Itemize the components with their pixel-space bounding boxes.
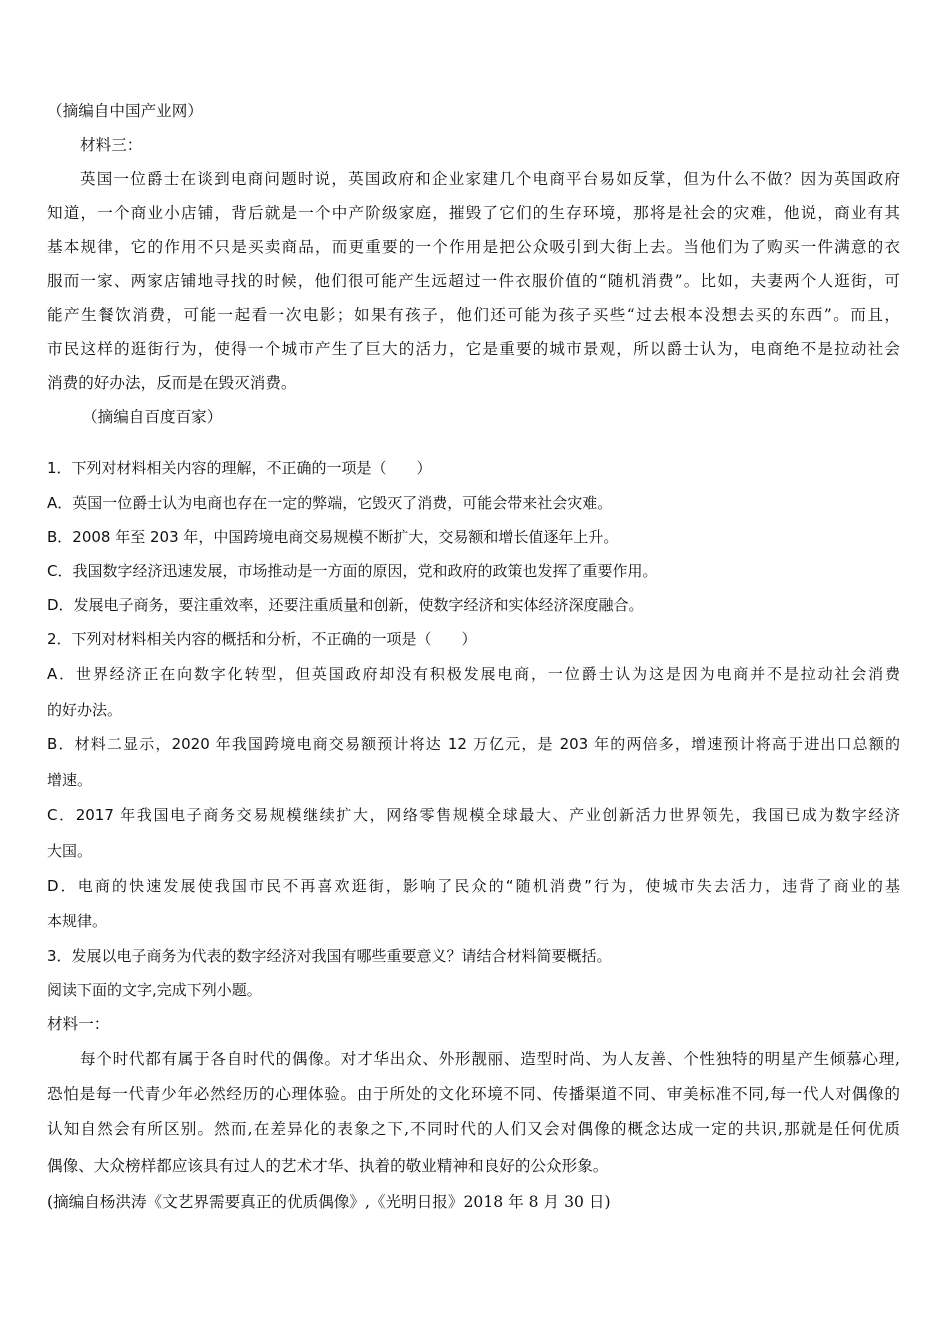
material3-paragraph-line: 服而一家、两家店铺地寻找的时候，他们很可能产生远超过一件衣服价值的“随机消费”。… — [47, 271, 900, 291]
question-1-option-d: D．发展电子商务，要注重效率，还要注重质量和创新，使数字经济和实体经济深度融合。 — [47, 595, 900, 615]
material3-paragraph-line: 消费的好办法，反而是在毁灭消费。 — [47, 373, 900, 393]
material3-paragraph-line: 市民这样的逛街行为，使得一个城市产生了巨大的活力，它是重要的城市景观，所以爵士认… — [47, 339, 900, 359]
question-2-option-d: D．电商的快速发展使我国市民不再喜欢逛街，影响了民众的“随机消费”行为，使城市失… — [47, 876, 900, 896]
question-1-option-b: B．2008 年至 203 年，中国跨境电商交易规模不断扩大，交易额和增长值逐年… — [47, 527, 900, 547]
material1-paragraph-line: 认知自然会有所区别。然而,在差异化的表象之下,不同时代的人们又会对偶像的概念达成… — [47, 1119, 900, 1139]
question-2-option-b: B．材料二显示，2020 年我国跨境电商交易额预计将达 12 万亿元，是 203… — [47, 734, 900, 754]
material1-source: (摘编自杨洪涛《文艺界需要真正的优质偶像》,《光明日报》2018 年 8 月 3… — [47, 1192, 900, 1212]
question-2-option-a: A．世界经济正在向数字化转型，但英国政府却没有积极发展电商，一位爵士认为这是因为… — [47, 664, 900, 684]
question-2-option-b-cont: 增速。 — [47, 770, 900, 790]
question-2-option-d-cont: 本规律。 — [47, 911, 900, 931]
material3-heading: 材料三： — [47, 135, 900, 155]
question-2-option-c: C．2017 年我国电子商务交易规模继续扩大，网络零售规模全球最大、产业创新活力… — [47, 805, 900, 825]
question-2-stem: 2．下列对材料相关内容的概括和分析，不正确的一项是（ ） — [47, 629, 900, 649]
question-1-option-a: A．英国一位爵士认为电商也存在一定的弊端，它毁灭了消费，可能会带来社会灾难。 — [47, 493, 900, 513]
material3-paragraph-line: 知道，一个商业小店铺，背后就是一个中产阶级家庭，摧毁了它们的生存环境，那将是社会… — [47, 203, 900, 223]
material3-paragraph-line: 基本规律，它的作用不只是买卖商品，而更重要的一个作用是把公众吸引到大街上去。当他… — [47, 237, 900, 257]
question-1-stem: 1．下列对材料相关内容的理解，不正确的一项是（ ） — [47, 458, 900, 478]
question-2-option-a-cont: 的好办法。 — [47, 700, 900, 720]
material3-source: （摘编自百度百家） — [47, 407, 900, 427]
reading-instruction: 阅读下面的文字,完成下列小题。 — [47, 980, 900, 1000]
question-1-option-c: C．我国数字经济迅速发展，市场推动是一方面的原因，党和政府的政策也发挥了重要作用… — [47, 561, 900, 581]
material3-paragraph-line: 英国一位爵士在谈到电商问题时说，英国政府和企业家建几个电商平台易如反掌，但为什么… — [47, 169, 900, 189]
material1-paragraph-line: 恐怕是每一代青少年必然经历的心理体验。由于所处的文化环境不同、传播渠道不同、审美… — [47, 1084, 900, 1104]
source-citation-top: （摘编自中国产业网） — [47, 101, 900, 121]
question-2-option-c-cont: 大国。 — [47, 841, 900, 861]
question-3-stem: 3．发展以电子商务为代表的数字经济对我国有哪些重要意义？请结合材料简要概括。 — [47, 946, 900, 966]
material1-paragraph-line: 偶像、大众榜样都应该具有过人的艺术才华、执着的敬业精神和良好的公众形象。 — [47, 1156, 900, 1176]
material1-paragraph-line: 每个时代都有属于各自时代的偶像。对才华出众、外形靓丽、造型时尚、为人友善、个性独… — [47, 1049, 900, 1069]
material1-heading: 材料一： — [47, 1014, 900, 1034]
material3-paragraph-line: 能产生餐饮消费，可能一起看一次电影；如果有孩子，他们还可能为孩子买些“过去根本没… — [47, 305, 900, 325]
